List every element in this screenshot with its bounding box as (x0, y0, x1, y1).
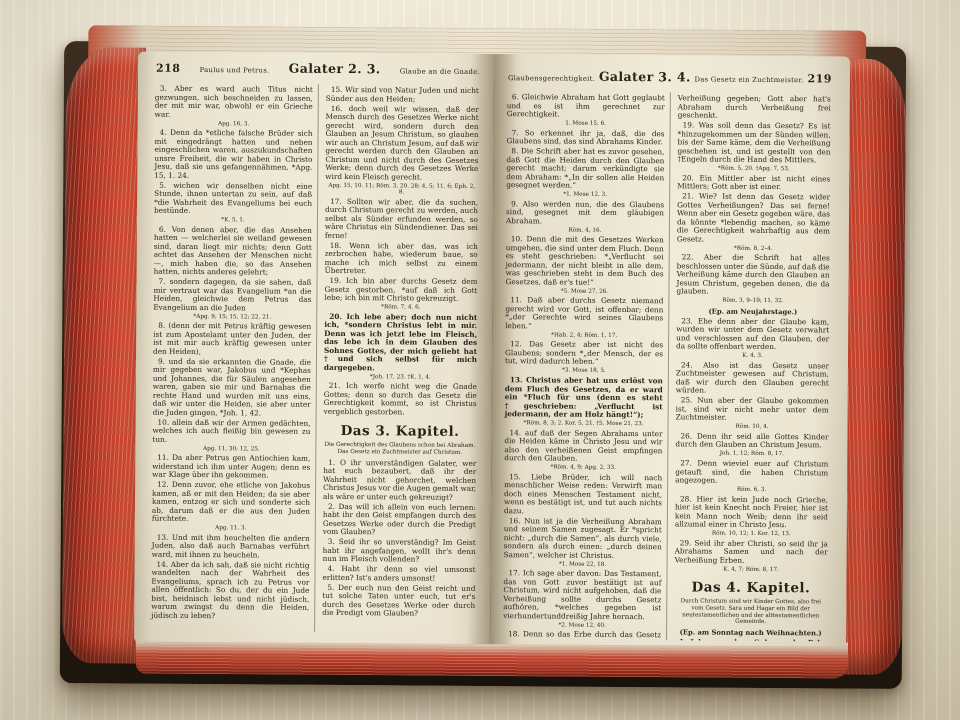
footnote-line: *3. Mose 18, 5. (505, 368, 663, 376)
verse-paragraph: 7. sondern dagegen, da sie sahen, daß mi… (153, 278, 311, 313)
verse-paragraph: 16. Nun ist ja die Verheißung Abraham un… (504, 517, 662, 561)
footnote-line: Röm. 10, 4. (676, 424, 829, 432)
right-page-number: 219 (807, 72, 832, 85)
verse-paragraph: 14. auf daß der Segen Abrahams unter die… (504, 429, 662, 464)
verse-paragraph: 20. Ein Mittler aber ist nicht eines Mit… (677, 174, 830, 192)
verse-paragraph: 10. Denn die mit des Gesetzes Werken umg… (506, 235, 664, 287)
verse-paragraph: 12. Denn zuvor, ehe etliche von Jakobus … (152, 481, 310, 525)
left-page: 218 Paulus und Petrus. Galater 2. 3. Gla… (134, 52, 494, 644)
verse-paragraph: 22. Aber die Schrift hat alles beschloss… (676, 254, 829, 298)
verse-paragraph: 10. allein daß wir der Armen gedächten, … (152, 418, 310, 445)
verse-paragraph: 3. Aber es ward auch Titus nicht gezwung… (155, 85, 313, 120)
verse-paragraph: 23. Ehe denn aber der Glaube kam, wurden… (676, 317, 829, 352)
verse-paragraph: 16. doch weil wir wissen, daß der Mensch… (325, 104, 479, 182)
verse-paragraph: 21. Ich werfe nicht weg die Gnade Gottes… (324, 382, 477, 417)
chapter-subtitle: Die Gerechtigkeit des Glaubens schon bei… (323, 442, 476, 456)
verse-paragraph: 24. Also ist das Gesetz unser Zuchtmeist… (676, 361, 829, 396)
right-column-1: 6. Gleichwie Abraham hat Gott geglaubt u… (500, 91, 670, 640)
footnote-line: Apg. 16, 3. (155, 120, 313, 128)
verse-paragraph: 27. Denn wieviel euer auf Christum getau… (675, 459, 828, 486)
footnote-line: Apg. 11, 3. (152, 525, 310, 533)
verse-continuation: Verheißung gegeben; Gott aber hat's Abra… (678, 94, 831, 121)
chapter-subtitle: Durch Christum sind wir Kinder Gottes, a… (674, 599, 827, 626)
verse-paragraph: 13. Christus aber hat uns erlöst von dem… (505, 376, 663, 420)
verse-paragraph: 4. Habt ihr denn so viel umsonst erlitte… (322, 565, 475, 583)
verse-paragraph: 9. und da sie erkannten die Gnade, die m… (153, 357, 311, 418)
left-page-number: 218 (156, 62, 181, 75)
verse-paragraph: 5. wichen wir denselben nicht eine Stund… (154, 181, 312, 216)
left-column-2: 15. Wir sind von Natur Juden und nicht S… (314, 84, 484, 633)
verse-paragraph: 1. O ihr unverständigen Galater, wer hat… (323, 458, 476, 502)
verse-paragraph: 17. Ich sage aber davon: Das Testament, … (503, 569, 661, 621)
chapter-heading: Das 4. Kapitel. (674, 580, 827, 597)
footnote-line: K. 4, 7; Röm. 8, 17. (675, 566, 828, 574)
verse-paragraph: 19. Was soll denn das Gesetz? Es ist *hi… (677, 121, 830, 165)
footnote-line: 1. Mose 15, 6. (507, 120, 665, 128)
left-head-outer: Glaube an die Gnade. (400, 67, 480, 76)
footnote-line: Röm. 10, 12; 1. Kor. 12, 13. (675, 531, 828, 539)
verse-paragraph: 21. Wie? Ist denn das Gesetz wider Gotte… (677, 192, 830, 244)
verse-paragraph: 19. Ich bin aber durchs Gesetz dem Geset… (324, 277, 477, 304)
verse-paragraph: 17. Sollten wir aber, die da suchen, dur… (325, 198, 478, 242)
verse-paragraph: 3. Seid ihr so unverständig? Im Geist ha… (323, 538, 476, 565)
footnote-line: *5. Mose 27, 26. (505, 288, 663, 296)
footnote-line: *Röm. 8, 2–4. (677, 245, 830, 253)
verse-paragraph: 8. Die Schrift aber hat es zuvor gesehen… (506, 147, 664, 191)
right-running-head: Glaubensgerechtigkeit. Galater 3. 4. Das… (508, 68, 832, 90)
pericope-note: (Ep. am Neujahrstage.) (676, 307, 829, 316)
left-head-inner: Paulus und Petrus. (200, 66, 270, 74)
footnote-line: Röm. 6, 3. (675, 486, 828, 494)
footnote-line: *K. 5, 1. (154, 217, 312, 225)
verse-paragraph: 9. Also werden nun, die des Glaubens sin… (506, 200, 664, 227)
footnote-line: *Hab. 2, 4; Röm. 1, 17. (505, 332, 663, 340)
footnote-line: *Röm. 8, 3; 2. Kor. 5, 21. †5. Mose 21, … (505, 420, 663, 428)
footnote-line: *1. Mose 12, 3. (506, 191, 664, 199)
left-running-head: 218 Paulus und Petrus. Galater 2. 3. Gla… (156, 60, 480, 82)
right-column-2: Verheißung gegeben; Gott aber hat's Abra… (666, 92, 836, 641)
left-page-columns: 3. Aber es ward auch Titus nicht gezwung… (148, 83, 484, 633)
footnote-line: *1. Mose 22, 18. (504, 561, 662, 569)
open-bible-book: 218 Paulus und Petrus. Galater 2. 3. Gla… (54, 21, 911, 697)
left-page-title: Galater 2. 3. (289, 61, 381, 77)
left-column-1: 3. Aber es ward auch Titus nicht gezwung… (148, 83, 318, 632)
verse-paragraph: 28. Hier ist kein Jude noch Grieche, hie… (675, 495, 828, 530)
right-page-title: Galater 3. 4. (599, 69, 691, 85)
verse-paragraph: 5. Der euch nun den Geist reicht und tut… (322, 583, 475, 618)
verse-paragraph: 29. Seid ihr aber Christi, so seid ihr j… (675, 539, 828, 566)
verse-paragraph: 15. Wir sind von Natur Juden und nicht S… (326, 86, 479, 104)
footnote-line: *Apg. 9, 15; 15, 12; 22, 21. (153, 313, 311, 321)
open-page-spread: 218 Paulus und Petrus. Galater 2. 3. Gla… (134, 52, 850, 647)
verse-paragraph: 15. Liebe Brüder, ich will nach menschli… (504, 473, 662, 517)
footnote-line: Röm. 3, 9–19; 11, 32. (676, 298, 829, 306)
pericope-note: (Ep. am Sonntag nach Weihnachten.) (674, 628, 827, 637)
verse-paragraph: 4. Denn da *etliche falsche Brüder sich … (154, 129, 312, 181)
footnote-line: *Röm. 4, 9; Apg. 2, 33. (504, 464, 662, 472)
chapter-heading: Das 3. Kapitel. (323, 423, 476, 440)
verse-paragraph: 6. Von denen aber, die das Ansehen hatte… (154, 225, 312, 277)
verse-paragraph: 14. Aber da ich sah, daß sie nicht richt… (151, 561, 309, 622)
verse-paragraph: 18. Wenn ich aber das, was ich zerbroche… (325, 242, 478, 277)
verse-paragraph: 2. Das will ich allein von euch lernen: … (323, 502, 476, 537)
verse-paragraph: 18. Denn so das Erbe durch das Gesetz er… (503, 631, 661, 641)
right-head-outer: Glaubensgerechtigkeit. (508, 74, 595, 83)
right-head-inner: Das Gesetz ein Zuchtmeister. (694, 75, 803, 84)
footnote-line: *Röm. 7, 4. 6. (324, 304, 477, 312)
verse-paragraph: 8. (denn der mit Petrus kräftig gewesen … (153, 322, 311, 357)
verse-paragraph: 25. Nun aber der Glaube gekommen ist, si… (676, 397, 829, 424)
right-page-columns: 6. Gleichwie Abraham hat Gott geglaubt u… (500, 91, 836, 641)
footnote-line: Joh. 1, 12; Röm. 8, 17. (675, 451, 828, 459)
verse-paragraph: 1. Ich sage aber: Solange der Erbe unmün… (674, 638, 827, 641)
verse-paragraph: 11. Da aber Petrus gen Antiochien kam, w… (152, 454, 310, 481)
footnote-line: Apg. 11, 30; 12, 25. (152, 445, 310, 453)
verse-paragraph: 11. Daß aber durchs Gesetz niemand gerec… (505, 297, 663, 332)
verse-paragraph: 6. Gleichwie Abraham hat Gott geglaubt u… (507, 93, 665, 120)
footnote-line: Apg. 15, 10. 11; Röm. 3, 20. 28; 4, 5; 1… (325, 182, 478, 196)
footnote-line: *2. Mose 12, 40. (503, 622, 661, 630)
right-page: Glaubensgerechtigkeit. Galater 3. 4. Das… (490, 54, 850, 646)
verse-paragraph: 13. Und mit ihm heuchelten die andern Ju… (152, 534, 310, 561)
verse-paragraph: 26. Denn ihr seid alle Gottes Kinder dur… (675, 432, 828, 450)
footnote-line: Röm. 4, 16. (506, 227, 664, 235)
footnote-line: *Joh. 17, 23. †K. 1, 4. (324, 374, 477, 382)
footnote-line: *Röm. 5, 20. †Apg. 7, 53. (677, 165, 830, 173)
verse-paragraph: 7. So erkennet ihr ja, daß, die des Glau… (506, 129, 664, 147)
verse-paragraph: 12. Das Gesetz aber ist nicht des Glaube… (505, 341, 663, 368)
footnote-line: K. 4, 3. (676, 353, 829, 361)
verse-paragraph: 20. Ich lebe aber; doch nun nicht ich, *… (324, 313, 477, 374)
